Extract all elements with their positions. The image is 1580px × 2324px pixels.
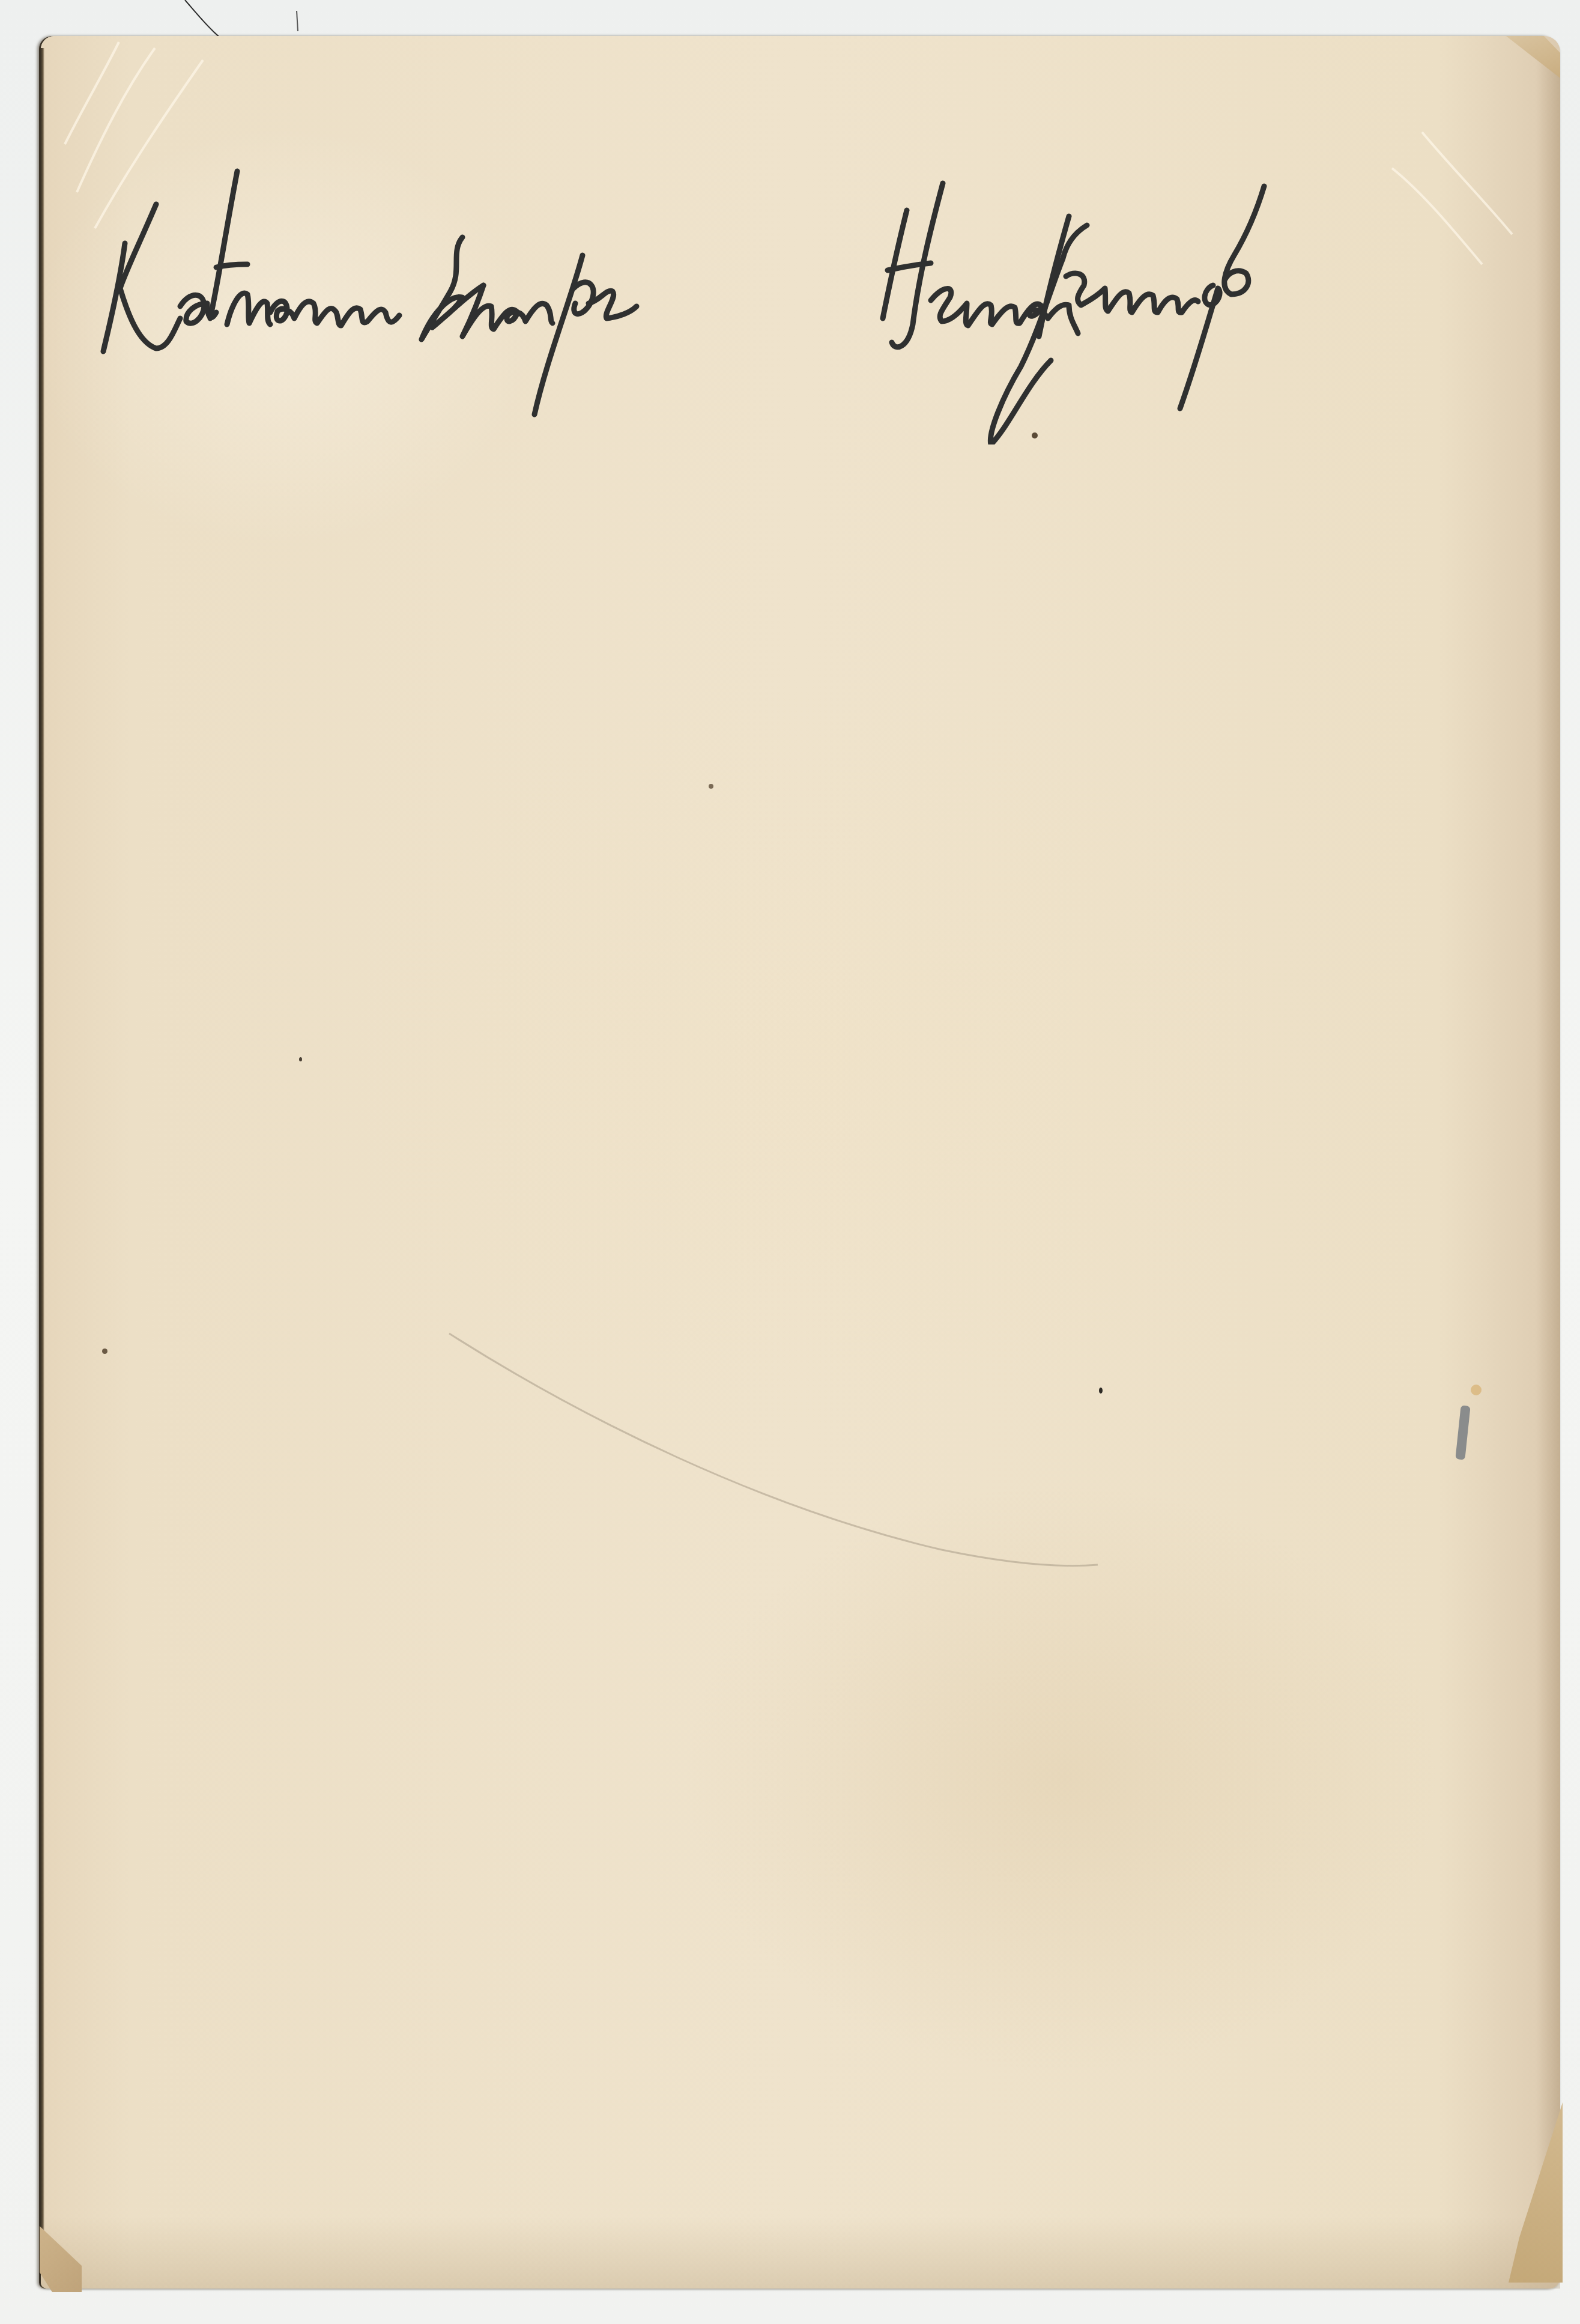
card-right-edge [1536, 54, 1560, 2216]
paper-speck [102, 1349, 107, 1354]
paper-speck [709, 784, 713, 789]
paper-speck [299, 1057, 302, 1061]
inscription-ink-strokes [90, 168, 1471, 444]
handwritten-inscription: Katharine Sharpe Henner Jennings [90, 168, 1471, 444]
card-bottom-shade [41, 2216, 1560, 2289]
chipped-corner-bottom-right [1509, 2102, 1563, 2283]
card-left-edge [41, 48, 44, 2265]
paper-speck [1099, 1388, 1103, 1394]
worn-corner-top-right [1506, 36, 1560, 78]
stain-dot [1471, 1385, 1482, 1395]
